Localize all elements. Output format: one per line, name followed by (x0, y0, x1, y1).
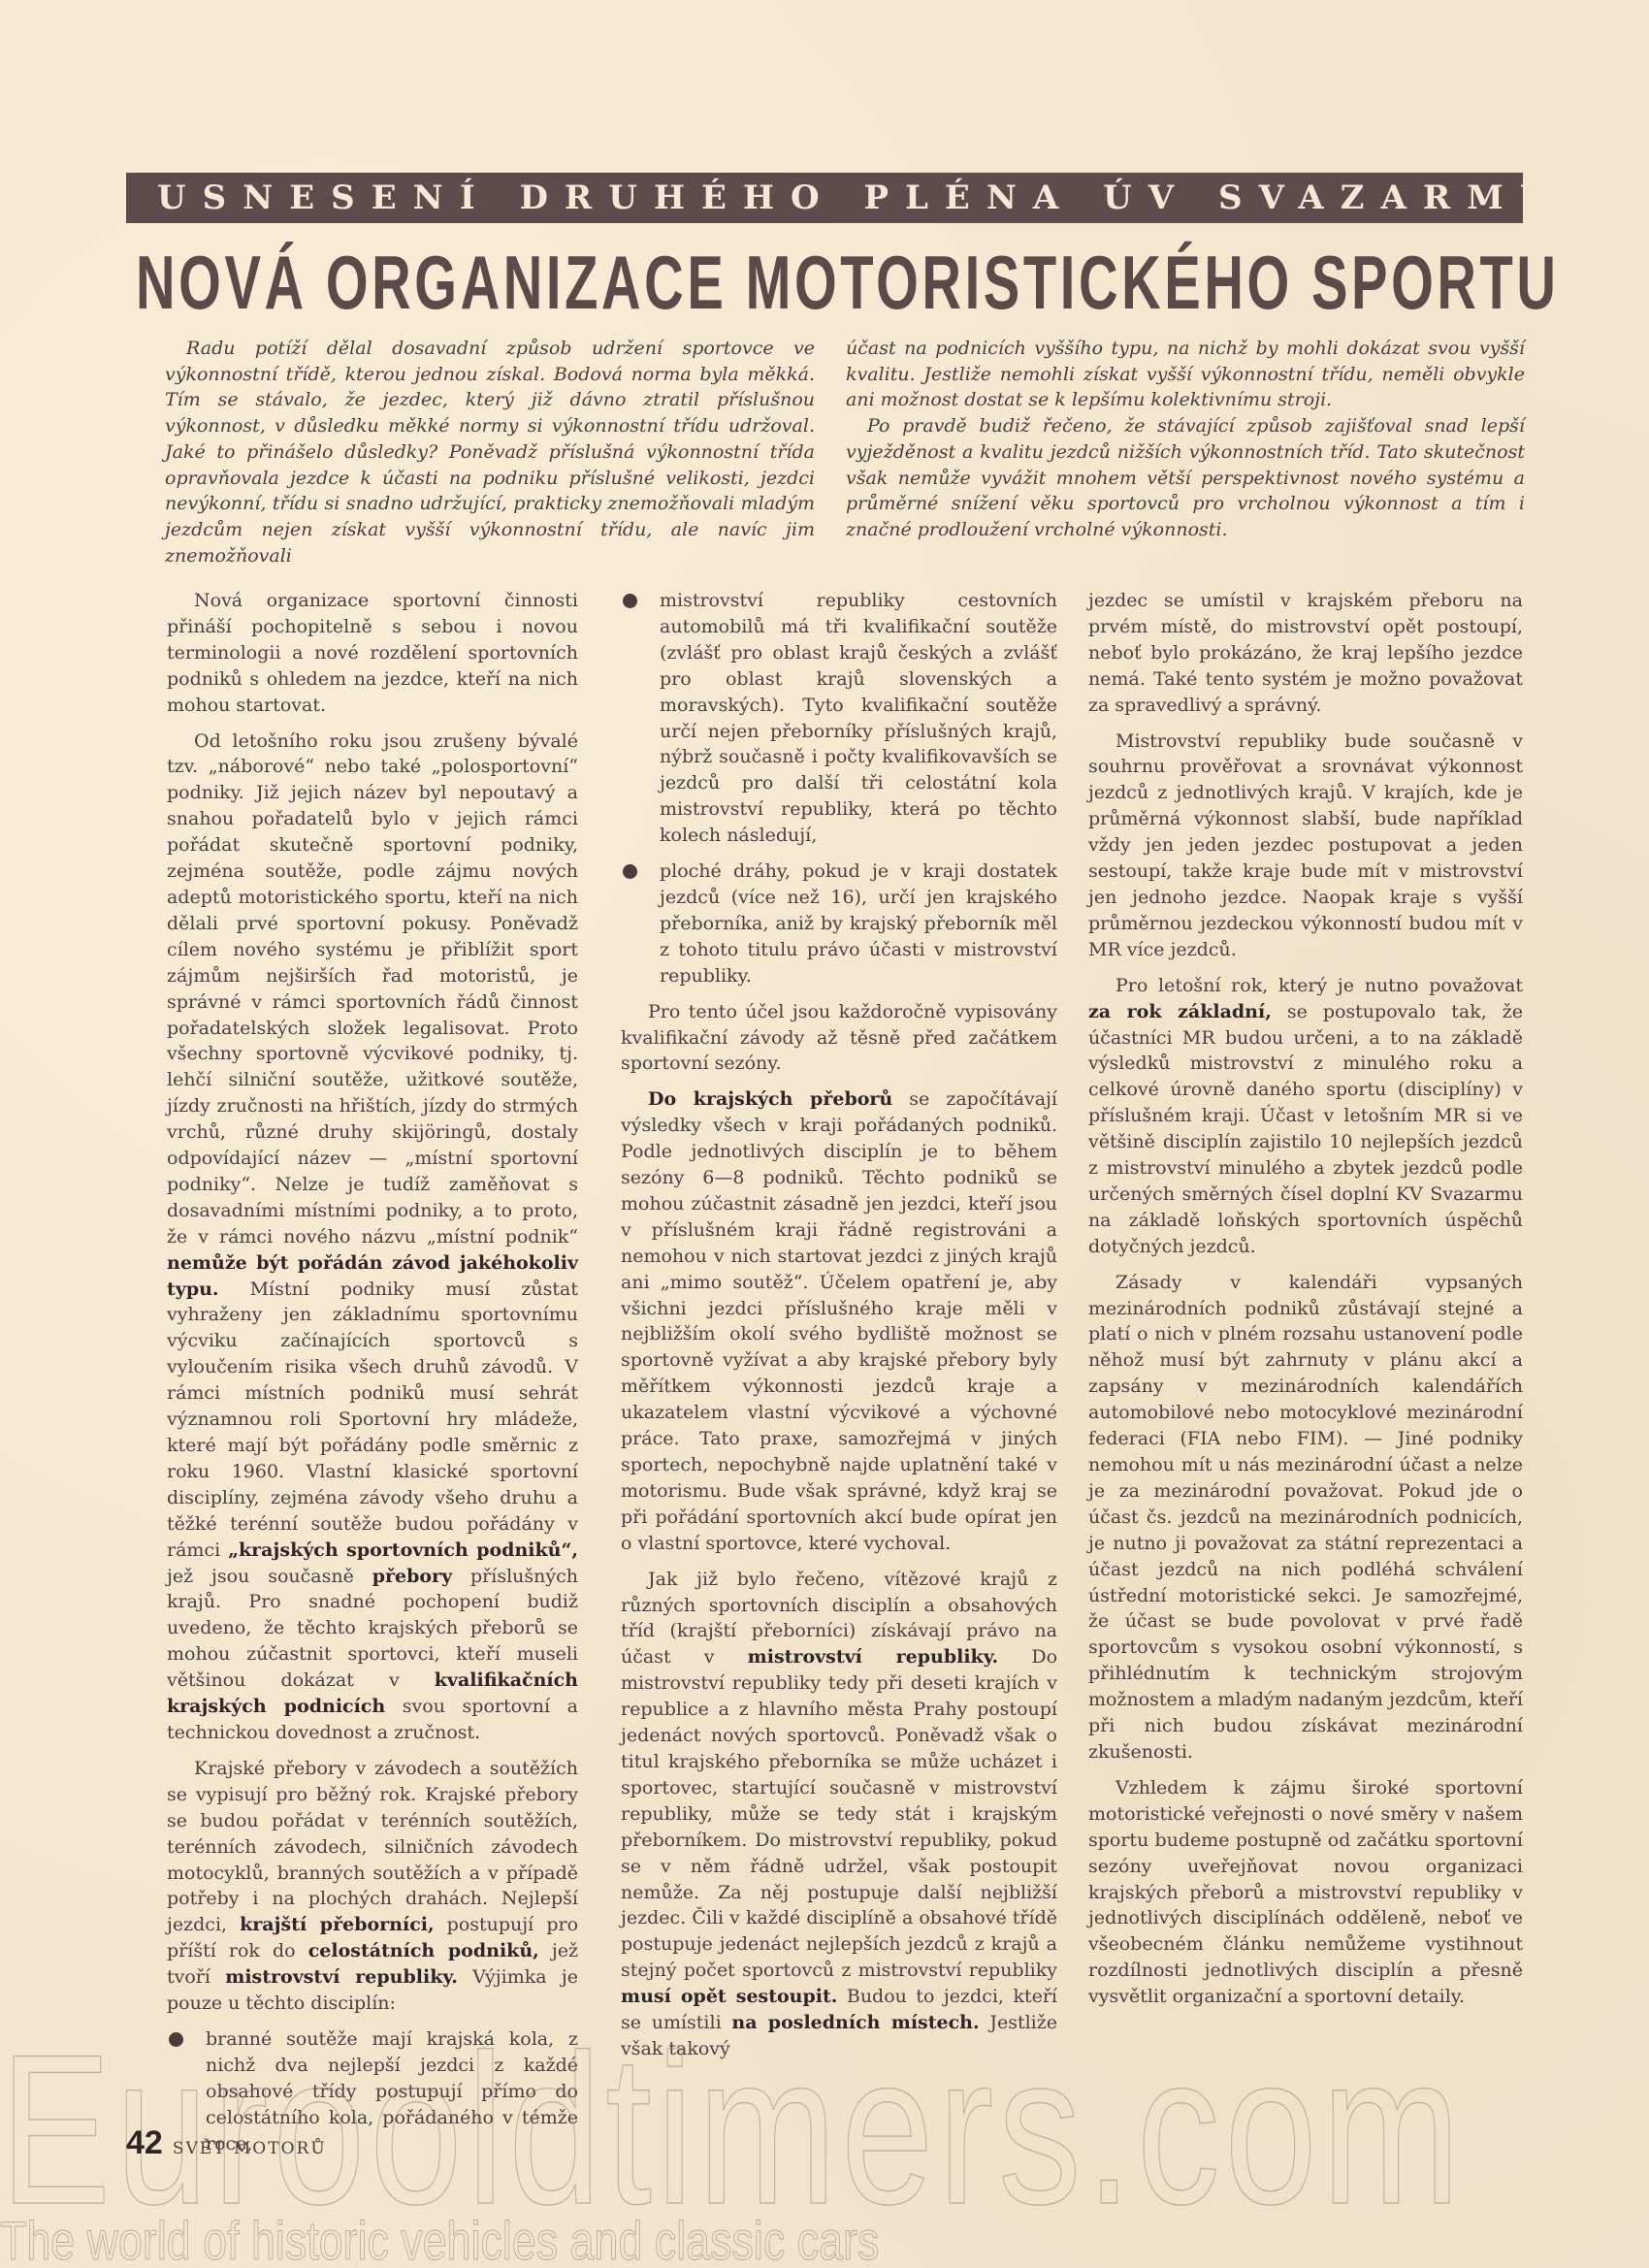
magazine-name: SVĚT MOTORŮ (173, 2139, 327, 2158)
lead-paragraph-right: účast na podnicích vyššího typu, na nich… (846, 336, 1525, 543)
lead-text: Radu potíží dělal dosavadní způsob udrže… (165, 336, 815, 568)
watermark-tagline: The world of historic vehicles and class… (0, 2214, 879, 2268)
paragraph: Jak již bylo řečeno, vítězové krajů z rů… (621, 1567, 1057, 2062)
article-column-2: mistrovství republiky cestovních automob… (621, 588, 1057, 2072)
page-number: 42 (126, 2124, 163, 2162)
lead-text: Po pravdě budiž řečeno, že stávající způ… (846, 413, 1525, 543)
lead-paragraph-left: Radu potíží dělal dosavadní způsob udrže… (165, 336, 815, 568)
paragraph: Od letošního roku jsou zrušeny bývalé tz… (167, 729, 578, 1746)
article-column-1: Nová organizace sportovní činnosti přiná… (167, 588, 578, 2166)
paragraph: Vzhledem k zájmu široké sportovní motori… (1088, 1775, 1523, 2010)
paragraph: Do krajských přeborů se započítávají výs… (621, 1086, 1057, 1556)
paragraph: jezdec se umístil v krajském přeboru na … (1088, 588, 1523, 719)
paragraph: Mistrovství republiky bude současně v so… (1088, 729, 1523, 963)
list-item: ploché dráhy, pokud je v kraji dostatek … (621, 859, 1057, 989)
paragraph: Zásady v kalendáři vypsaných mezinárodní… (1088, 1270, 1523, 1766)
article-column-3: jezdec se umístil v krajském přeboru na … (1088, 588, 1523, 2020)
paragraph: Nová organizace sportovní činnosti přiná… (167, 588, 578, 719)
paragraph: Pro letošní rok, který je nutno považova… (1088, 973, 1523, 1260)
kicker-banner: K USNESENÍ DRUHÉHO PLÉNA ÚV SVAZARMU (126, 173, 1523, 223)
page-footer: 42 SVĚT MOTORŮ (126, 2124, 327, 2162)
lead-text: účast na podnicích vyššího typu, na nich… (846, 336, 1525, 413)
list-item: mistrovství republiky cestovních automob… (621, 588, 1057, 849)
paragraph: Pro tento účel jsou každoročně vypisován… (621, 999, 1057, 1078)
bullet-icon (623, 594, 637, 608)
bullet-icon (623, 864, 637, 879)
kicker-text: K USNESENÍ DRUHÉHO PLÉNA ÚV SVAZARMU (126, 178, 1523, 217)
article-headline: NOVÁ ORGANIZACE MOTORISTICKÉHO SPORTU (136, 241, 1135, 324)
paragraph: Krajské přebory v závodech a soutěžích s… (167, 1756, 578, 2017)
